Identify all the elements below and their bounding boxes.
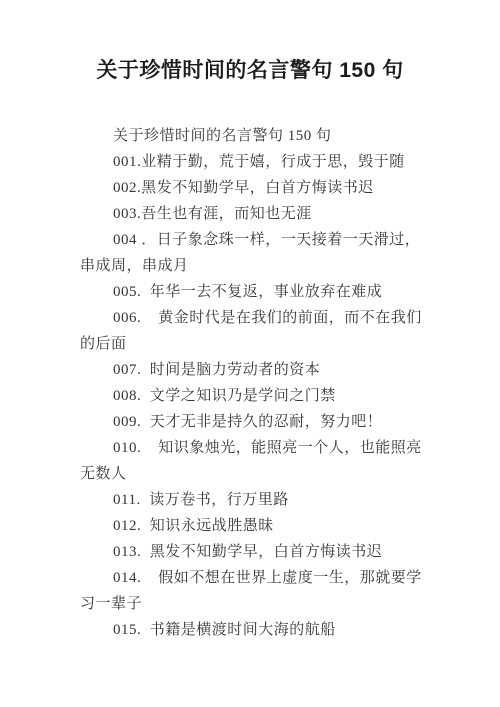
quote-line-014-wrap: 习一辈子 <box>80 591 426 617</box>
quote-line-003: 003.吾生也有涯，而知也无涯 <box>80 201 426 227</box>
quote-line-013: 013. 黑发不知勤学早，白首方悔读书迟 <box>80 539 426 565</box>
quote-line-006: 006. 黄金时代是在我们的前面，而不在我们 <box>80 305 426 331</box>
quote-line-004-wrap: 串成周，串成月 <box>80 253 426 279</box>
subtitle-line: 关于珍惜时间的名言警句 150 句 <box>80 123 426 149</box>
quote-line-009: 009. 天才无非是持久的忍耐，努力吧！ <box>80 409 426 435</box>
quote-line-014: 014. 假如不想在世界上虚度一生，那就要学 <box>80 565 426 591</box>
quote-line-007: 007. 时间是脑力劳动者的资本 <box>80 357 426 383</box>
quote-line-002: 002.黑发不知勤学早，白首方悔读书迟 <box>80 175 426 201</box>
quote-line-004: 004 ．日子象念珠一样，一天接着一天滑过， <box>80 227 426 253</box>
quote-line-010-wrap: 无数人 <box>80 461 426 487</box>
quote-line-001: 001.业精于勤，荒于嬉，行成于思，毁于随 <box>80 149 426 175</box>
quote-line-011: 011. 读万卷书，行万里路 <box>80 487 426 513</box>
quote-line-005: 005. 年华一去不复返，事业放弃在难成 <box>80 279 426 305</box>
quote-line-012: 012. 知识永远战胜愚昧 <box>80 513 426 539</box>
page-title: 关于珍惜时间的名言警句 150 句 <box>0 0 500 86</box>
quote-line-006-wrap: 的后面 <box>80 331 426 357</box>
quote-line-010: 010. 知识象烛光，能照亮一个人，也能照亮 <box>80 435 426 461</box>
document-body: 关于珍惜时间的名言警句 150 句 001.业精于勤，荒于嬉，行成于思，毁于随 … <box>80 123 426 643</box>
document-page: 关于珍惜时间的名言警句 150 句 关于珍惜时间的名言警句 150 句 001.… <box>0 0 500 707</box>
quote-line-015: 015. 书籍是横渡时间大海的航船 <box>80 617 426 643</box>
quote-line-008: 008. 文学之知识乃是学问之门禁 <box>80 383 426 409</box>
